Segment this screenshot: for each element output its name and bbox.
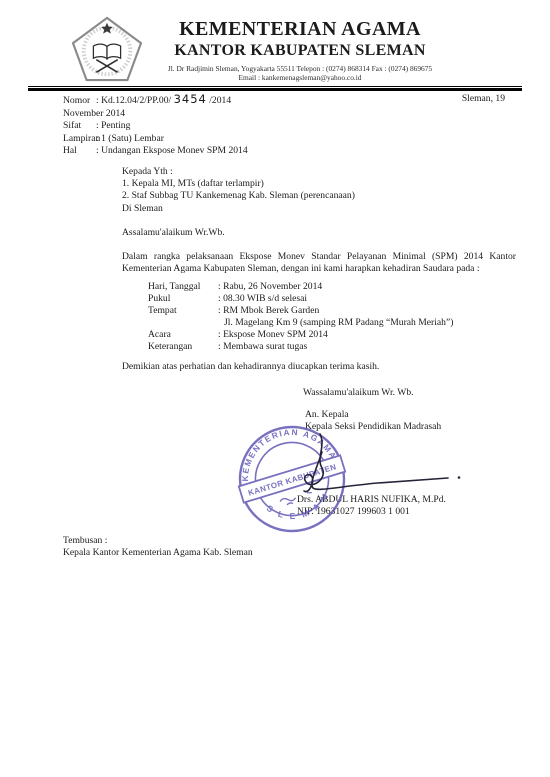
detail-row: Pukul: 08.30 WIB s/d selesai <box>148 293 508 305</box>
detail-label: Acara <box>148 329 218 341</box>
detail-value: Jl. Magelang Km 9 (samping RM Padang “Mu… <box>218 317 453 328</box>
detail-value: : RM Mbok Berek Garden <box>218 305 319 316</box>
recipient-line: Di Sleman <box>122 203 422 215</box>
nomor-suffix: /2014 <box>209 95 231 106</box>
detail-row: Jl. Magelang Km 9 (samping RM Padang “Mu… <box>148 317 508 329</box>
opening-salutation: Assalamu'alaikum Wr.Wb. <box>122 227 225 239</box>
detail-row: Keterangan: Membawa surat tugas <box>148 341 508 353</box>
detail-label: Hari, Tanggal <box>148 281 218 293</box>
hal-value: : Undangan Ekspose Monev SPM 2014 <box>96 145 248 156</box>
nomor-label: Nomor <box>63 95 96 108</box>
tembusan-heading: Tembusan : <box>63 535 383 547</box>
detail-row: Hari, Tanggal: Rabu, 26 November 2014 <box>148 281 508 293</box>
hal-row: Hal: Undangan Ekspose Monev SPM 2014 <box>63 145 515 158</box>
detail-row: Acara: Ekspose Monev SPM 2014 <box>148 329 508 341</box>
closing-salutation: Wassalamu'alaikum Wr. Wb. <box>303 387 414 399</box>
handwritten-signature <box>282 432 482 507</box>
recipient-block: Kepada Yth : 1. Kepala MI, MTs (daftar t… <box>122 166 422 215</box>
recipient-heading: Kepada Yth : <box>122 166 422 178</box>
sifat-label: Sifat <box>63 120 96 133</box>
nomor-row: Nomor: Kd.12.04/2/PP.00/ 3454 /2014 Slem… <box>63 93 515 108</box>
sifat-value: : Penting <box>96 120 130 131</box>
date-wrap-row: November 2014 <box>63 108 515 121</box>
recipient-line: 1. Kepala MI, MTs (daftar terlampir) <box>122 178 422 190</box>
detail-value: : 08.30 WIB s/d selesai <box>218 293 307 304</box>
letter-page: KEMENTERIAN AGAMA KANTOR KABUPATEN SLEMA… <box>0 0 550 777</box>
detail-label: Pukul <box>148 293 218 305</box>
letterhead-address: Jl. Dr Radjimin Sleman, Yogyakarta 55511… <box>90 64 510 73</box>
letterhead-divider <box>28 86 522 91</box>
ministry-title: KEMENTERIAN AGAMA <box>90 17 510 41</box>
detail-value: : Membawa surat tugas <box>218 341 307 352</box>
letter-meta: Nomor: Kd.12.04/2/PP.00/ 3454 /2014 Slem… <box>63 93 515 158</box>
detail-value: : Rabu, 26 November 2014 <box>218 281 322 292</box>
nomor-number: 3454 <box>174 92 207 106</box>
closing-paragraph: Demikian atas perhatian dan kehadirannya… <box>122 361 522 373</box>
nomor-prefix: : Kd.12.04/2/PP.00/ <box>96 95 171 106</box>
body-paragraph: Dalam rangka pelaksanaan Ekspose Monev S… <box>122 251 516 275</box>
recipient-line: 2. Staf Subbag TU Kankemenag Kab. Sleman… <box>122 190 422 202</box>
place-date: Sleman, 19 <box>462 93 505 106</box>
event-details: Hari, Tanggal: Rabu, 26 November 2014 Pu… <box>148 281 508 354</box>
sifat-row: Sifat: Penting <box>63 120 515 133</box>
office-title: KANTOR KABUPATEN SLEMAN <box>90 41 510 60</box>
an-kepala-line: An. Kepala <box>305 409 441 421</box>
detail-label: Tempat <box>148 305 218 317</box>
tembusan-line: Kepala Kantor Kementerian Agama Kab. Sle… <box>63 547 383 559</box>
detail-row: Tempat: RM Mbok Berek Garden <box>148 305 508 317</box>
letterhead-email: Email : kankemenagsleman@yahoo.co.id <box>90 73 510 82</box>
tembusan-block: Tembusan : Kepala Kantor Kementerian Aga… <box>63 535 383 559</box>
lampiran-row: Lampiran: 1 (Satu) Lembar <box>63 133 515 146</box>
detail-value: : Ekspose Monev SPM 2014 <box>218 329 328 340</box>
lampiran-label: Lampiran <box>63 133 96 146</box>
letterhead: KEMENTERIAN AGAMA KANTOR KABUPATEN SLEMA… <box>90 17 510 82</box>
detail-label: Keterangan <box>148 341 218 353</box>
lampiran-value: : 1 (Satu) Lembar <box>96 133 164 144</box>
hal-label: Hal <box>63 145 96 158</box>
